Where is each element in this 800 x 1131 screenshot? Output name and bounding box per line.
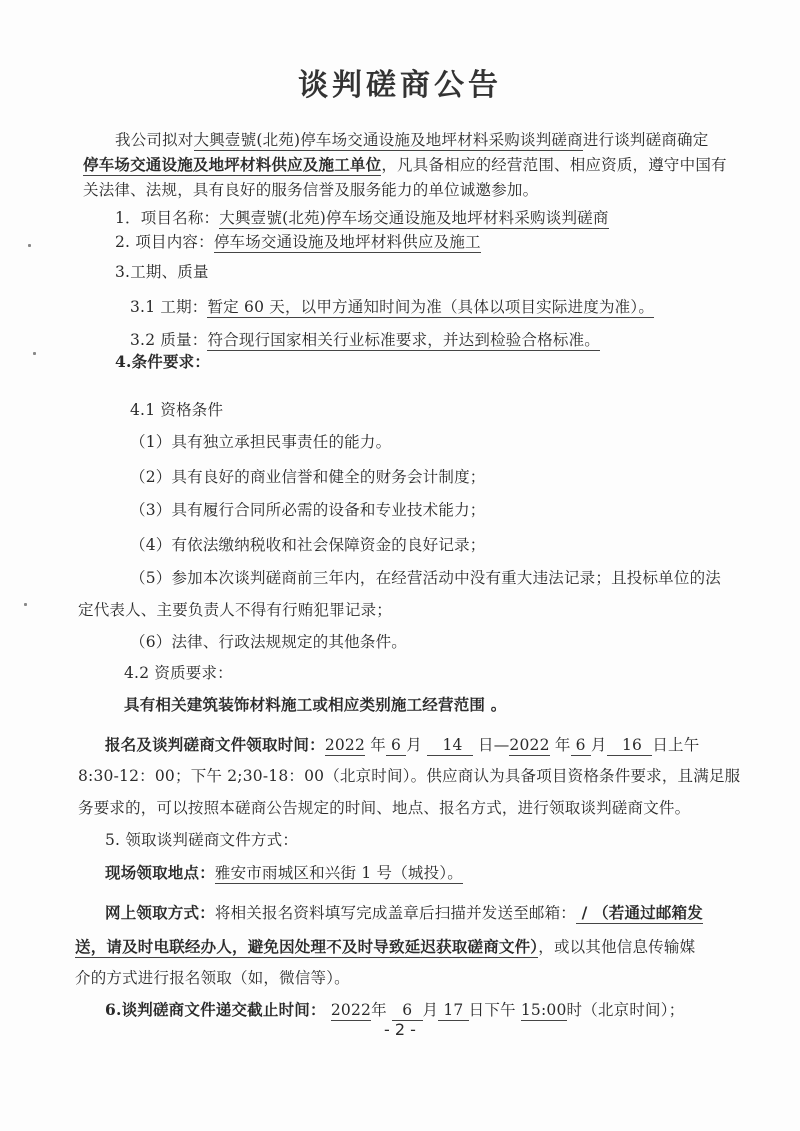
item-6-deadline: 6.谈判磋商文件递交截止时间： 2022年 6 月 17 日下午 15:00时（… <box>105 1000 684 1020</box>
condition-4: （4）有依法缴纳税收和社会保障资金的良好记录； <box>130 535 485 555</box>
registration-end-day: 16 <box>622 736 642 754</box>
page-title: 谈判磋商公告 <box>0 60 800 104</box>
registration-end-month: 6 <box>576 736 586 754</box>
condition-5-cont: 定代表人、主要负责人不得有行贿犯罪记录； <box>78 600 392 620</box>
day-char: 日 <box>478 736 494 754</box>
day-char: 日 <box>652 736 668 754</box>
registration-tail: 上午 <box>668 736 699 754</box>
item-2-label: 2. 项目内容： <box>115 233 214 251</box>
registration-start-month: 6 <box>391 736 401 754</box>
item-2-value: 停车场交通设施及地坪材料供应及施工 <box>214 233 481 253</box>
month-char: 月 <box>406 736 422 754</box>
project-name-underlined: 大興壹號(北苑)停车场交通设施及地坪材料采购谈判磋商 <box>194 131 583 151</box>
item-5-heading: 5. 领取谈判磋商文件方式： <box>105 830 298 850</box>
onsite-pickup: 现场领取地点：雅安市雨城区和兴街 1 号（城投）。 <box>105 863 463 883</box>
online-pickup-line-2: 送，请及时电联经办人，避免因处理不及时导致延迟获取磋商文件），或以其他信息传输媒 <box>75 937 695 957</box>
item-4-1-heading: 4.1 资格条件 <box>130 400 223 420</box>
intro-rest: ，凡具备相应的经营范围、相应资质，遵守中国有 <box>381 156 726 174</box>
item-3-1: 3.1 工期：暂定 60 天，以甲方通知时间为准（具体以项目实际进度为准）。 <box>130 297 654 317</box>
item-3-heading: 3.工期、质量 <box>115 262 209 282</box>
year-char: 年 <box>371 1001 387 1019</box>
hour-char: 时（北京时间）； <box>567 1001 685 1019</box>
online-pickup-line-3: 介的方式进行报名领取（如，微信等）。 <box>75 968 350 988</box>
intro-middle: 进行谈判磋商确定 <box>583 131 709 149</box>
condition-5: （5）参加本次谈判磋商前三年内，在经营活动中没有重大违法记录；且投标单位的法 <box>130 568 721 588</box>
item-1: 1．项目名称：大興壹號(北苑)停车场交通设施及地坪材料采购谈判磋商 <box>115 208 609 228</box>
email-value: / （若通过邮箱发 <box>576 903 703 924</box>
deadline-year: 2022 <box>331 1001 371 1021</box>
year-char: 年 <box>555 736 571 754</box>
condition-3: （3）具有履行合同所必需的设备和专业技术能力； <box>130 500 485 520</box>
registration-end-year: 2022 <box>509 736 549 756</box>
item-1-value: 大興壹號(北苑)停车场交通设施及地坪材料采购谈判磋商 <box>219 209 608 229</box>
registration-line-1: 报名及谈判磋商文件领取时间：2022 年 6 月 14 日—2022 年 6 月… <box>105 735 699 755</box>
registration-line-2: 8:30-12：00；下午 2;30-18：00（北京时间）。供应商认为具备项目… <box>78 766 740 786</box>
onsite-label: 现场领取地点： <box>105 863 215 882</box>
intro-line-1: 我公司拟对大興壹號(北苑)停车场交通设施及地坪材料采购谈判磋商进行谈判磋商确定 <box>115 130 708 150</box>
online-tail: ，或以其他信息传输媒 <box>538 938 695 956</box>
registration-start-year: 2022 <box>325 736 365 756</box>
registration-line-3: 务要求的，可以按照本磋商公告规定的时间、地点、报名方式，进行领取谈判磋商文件。 <box>78 798 690 818</box>
item-3-1-label: 3.1 工期： <box>130 298 207 316</box>
item-4-2-heading: 4.2 资质要求： <box>124 663 233 683</box>
day-char: 日下午 <box>469 1001 516 1019</box>
online-label: 网上领取方式： <box>105 903 215 922</box>
item-3-1-value: 暂定 60 天，以甲方通知时间为准（具体以项目实际进度为准）。 <box>207 298 654 318</box>
item-4-2-text: 具有相关建筑装饰材料施工或相应类别施工经营范围 。 <box>124 695 506 715</box>
registration-label: 报名及谈判磋商文件领取时间： <box>105 735 325 754</box>
condition-1: （1）具有独立承担民事责任的能力。 <box>130 432 391 452</box>
dash: — <box>494 736 510 754</box>
registration-start-day: 14 <box>442 736 462 754</box>
item-3-2-label: 3.2 质量： <box>130 331 207 349</box>
email-note: 送，请及时电联经办人，避免因处理不及时导致延迟获取磋商文件） <box>75 937 538 958</box>
deadline-day: 17 <box>443 1001 463 1019</box>
scan-speck <box>28 244 31 247</box>
item-3-2: 3.2 质量：符合现行国家相关行业标准要求，并达到检验合格标准。 <box>130 330 600 350</box>
month-char: 月 <box>591 736 607 754</box>
document-page: 谈判磋商公告 我公司拟对大興壹號(北苑)停车场交通设施及地坪材料采购谈判磋商进行… <box>0 0 800 1131</box>
item-6-label: 6.谈判磋商文件递交截止时间： <box>105 1000 326 1019</box>
condition-6: （6）法律、行政法规规定的其他条件。 <box>130 632 407 652</box>
intro-prefix: 我公司拟对 <box>115 131 194 149</box>
deadline-time: 15:00 <box>521 1001 567 1021</box>
item-1-label: 1．项目名称： <box>115 209 219 227</box>
intro-line-2: 停车场交通设施及地坪材料供应及施工单位，凡具备相应的经营范围、相应资质，遵守中国… <box>83 155 727 175</box>
item-2: 2. 项目内容：停车场交通设施及地坪材料供应及施工 <box>115 232 481 252</box>
intro-line-3: 关法律、法规，具有良好的服务信誉及服务能力的单位诚邀参加。 <box>83 180 538 200</box>
month-char: 月 <box>423 1001 439 1019</box>
onsite-address: 雅安市雨城区和兴街 1 号（城投）。 <box>215 864 463 884</box>
deadline-month: 6 <box>402 1001 412 1019</box>
page-number: - 2 - <box>0 1020 800 1039</box>
item-3-2-value: 符合现行国家相关行业标准要求，并达到检验合格标准。 <box>207 331 600 351</box>
unit-underlined: 停车场交通设施及地坪材料供应及施工单位 <box>83 155 381 176</box>
scan-speck <box>24 603 27 606</box>
condition-2: （2）具有良好的商业信誉和健全的财务会计制度； <box>130 467 485 487</box>
online-text: 将相关报名资料填写完成盖章后扫描并发送至邮箱： <box>215 904 576 922</box>
item-4-heading: 4.条件要求： <box>115 352 210 372</box>
year-char: 年 <box>370 736 386 754</box>
scan-speck <box>33 352 36 355</box>
online-pickup-line-1: 网上领取方式：将相关报名资料填写完成盖章后扫描并发送至邮箱： / （若通过邮箱发 <box>105 903 703 923</box>
